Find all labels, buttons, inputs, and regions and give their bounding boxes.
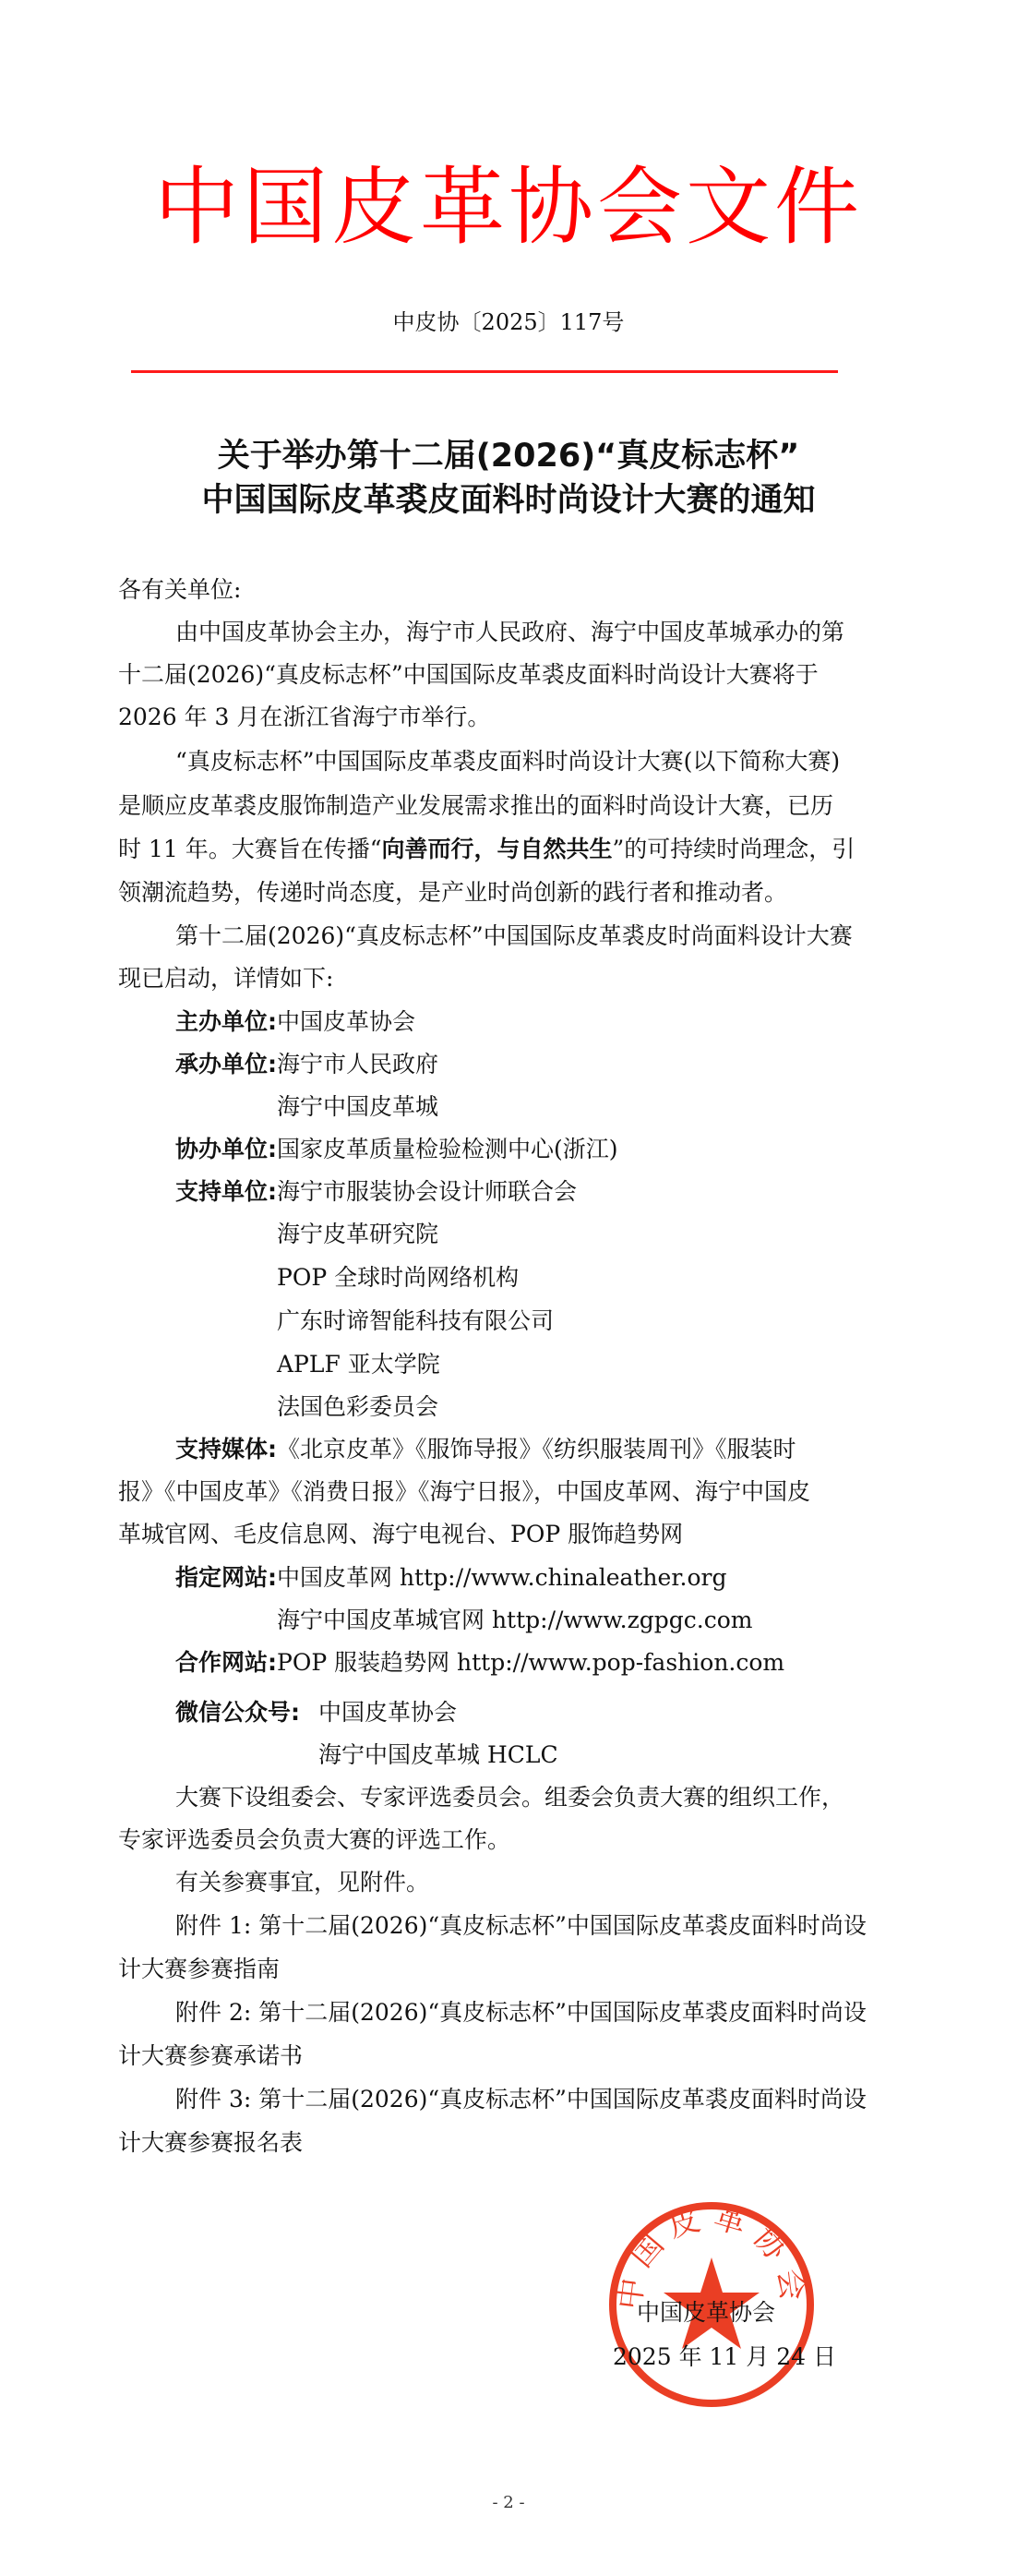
co-organizer-value: 国家皮革质量检验检测中心(浙江) [277,1134,618,1165]
website-label: 指定网站: [175,1564,277,1591]
organizer-value: 海宁中国皮革城 [277,1091,438,1123]
signature-org: 中国皮革协会 [637,2297,775,2329]
red-divider [131,370,838,373]
attachment-2-cont[interactable]: 计大赛参赛承诺书 [118,2040,303,2072]
media-label: 支持媒体: [175,1436,277,1463]
wechat-account: 海宁中国皮革城 HCLC [318,1739,558,1771]
partner-site-label: 合作网站: [175,1649,277,1676]
media-line: 报》《中国皮革》《消费日报》《海宁日报》，中国皮革网、海宁中国皮 [118,1476,810,1508]
wechat-label: 微信公众号: [175,1699,300,1726]
attachment-1-cont[interactable]: 计大赛参赛指南 [118,1954,280,1985]
supporter-value: 海宁市服装协会设计师联合会 [277,1176,577,1208]
para2-line: 是顺应皮革裘皮服饰制造产业发展需求推出的面料时尚设计大赛，已历 [118,790,833,822]
org-document-title: 中国皮革协会文件 [0,157,1017,259]
para5-line: 有关参赛事宜，见附件。 [175,1867,429,1898]
para1-line: 由中国皮革协会主办，海宁市人民政府、海宁中国皮革城承办的第 [175,617,844,648]
organizer-value: 海宁市人民政府 [277,1049,438,1080]
partner-site-link[interactable]: POP 服装趋势网 http://www.pop-fashion.com [277,1647,784,1679]
para4-line: 专家评选委员会负责大赛的评选工作。 [118,1824,510,1856]
supporter-value: 广东时谛智能科技有限公司 [277,1306,554,1337]
para3-line: 现已启动，详情如下: [118,963,333,994]
organizer-label: 承办单位: [175,1051,277,1077]
attachment-3[interactable]: 附件 3: 第十二届(2026)“真皮标志杯”中国国际皮革裘皮面料时尚设 [175,2084,867,2115]
document-number: 中皮协〔2025〕117号 [0,307,1017,338]
text: 时 11 年。大赛旨在传播“ [118,836,382,862]
co-organizer-row: 协办单位: [175,1134,277,1165]
para2-line: “真皮标志杯”中国国际皮革裘皮面料时尚设计大赛(以下简称大赛) [175,746,840,777]
text: ”的可持续时尚理念，引 [613,836,855,862]
co-organizer-label: 协办单位: [175,1136,277,1162]
signature-date: 2025 年 11 月 24 日 [613,2341,836,2373]
page-number: - 2 - [0,2493,1017,2512]
supporter-label: 支持单位: [175,1178,277,1205]
wechat-account: 中国皮革协会 [318,1697,457,1728]
slogan-bold: 向善而行，与自然共生 [382,836,613,862]
host-value: 中国皮革协会 [277,1006,415,1038]
attachment-1[interactable]: 附件 1: 第十二届(2026)“真皮标志杯”中国国际皮革裘皮面料时尚设 [175,1910,867,1942]
website-link[interactable]: 海宁中国皮革城官网 http://www.zgpgc.com [277,1605,752,1636]
para2-line: 时 11 年。大赛旨在传播“向善而行，与自然共生”的可持续时尚理念，引 [118,834,855,865]
supporter-row: 支持单位: [175,1176,277,1208]
supporter-value: APLF 亚太学院 [277,1349,440,1380]
wechat-row: 微信公众号: [175,1697,300,1728]
salutation: 各有关单位: [118,574,241,606]
supporter-value: 法国色彩委员会 [277,1391,438,1423]
para3-line: 第十二届(2026)“真皮标志杯”中国国际皮革裘皮时尚面料设计大赛 [175,921,853,952]
para1-line: 十二届(2026)“真皮标志杯”中国国际皮革裘皮面料时尚设计大赛将于 [118,659,819,691]
para1-line: 2026 年 3 月在浙江省海宁市举行。 [118,702,490,733]
partner-site-row: 合作网站: [175,1647,277,1679]
media-line: 《北京皮革》《服饰导报》《纺织服装周刊》《服装时 [277,1434,796,1465]
host-label: 主办单位: [175,1008,277,1035]
attachment-2[interactable]: 附件 2: 第十二届(2026)“真皮标志杯”中国国际皮革裘皮面料时尚设 [175,1997,867,2028]
supporter-value: POP 全球时尚网络机构 [277,1262,519,1294]
para4-line: 大赛下设组委会、专家评选委员会。组委会负责大赛的组织工作， [175,1782,844,1813]
media-row: 支持媒体: [175,1434,277,1465]
notice-title-line1: 关于举办第十二届(2026)“真皮标志杯” [0,434,1017,478]
notice-title-line2: 中国国际皮革裘皮面料时尚设计大赛的通知 [0,478,1017,523]
host-row: 主办单位: [175,1006,277,1038]
website-row: 指定网站: [175,1562,277,1594]
para2-line: 领潮流趋势，传递时尚态度，是产业时尚创新的践行者和推动者。 [118,877,787,909]
organizer-row: 承办单位: [175,1049,277,1080]
media-line: 革城官网、毛皮信息网、海宁电视台、POP 服饰趋势网 [118,1519,683,1550]
attachment-3-cont[interactable]: 计大赛参赛报名表 [118,2127,303,2159]
website-link[interactable]: 中国皮革网 http://www.chinaleather.org [277,1562,727,1594]
supporter-value: 海宁皮革研究院 [277,1219,438,1250]
